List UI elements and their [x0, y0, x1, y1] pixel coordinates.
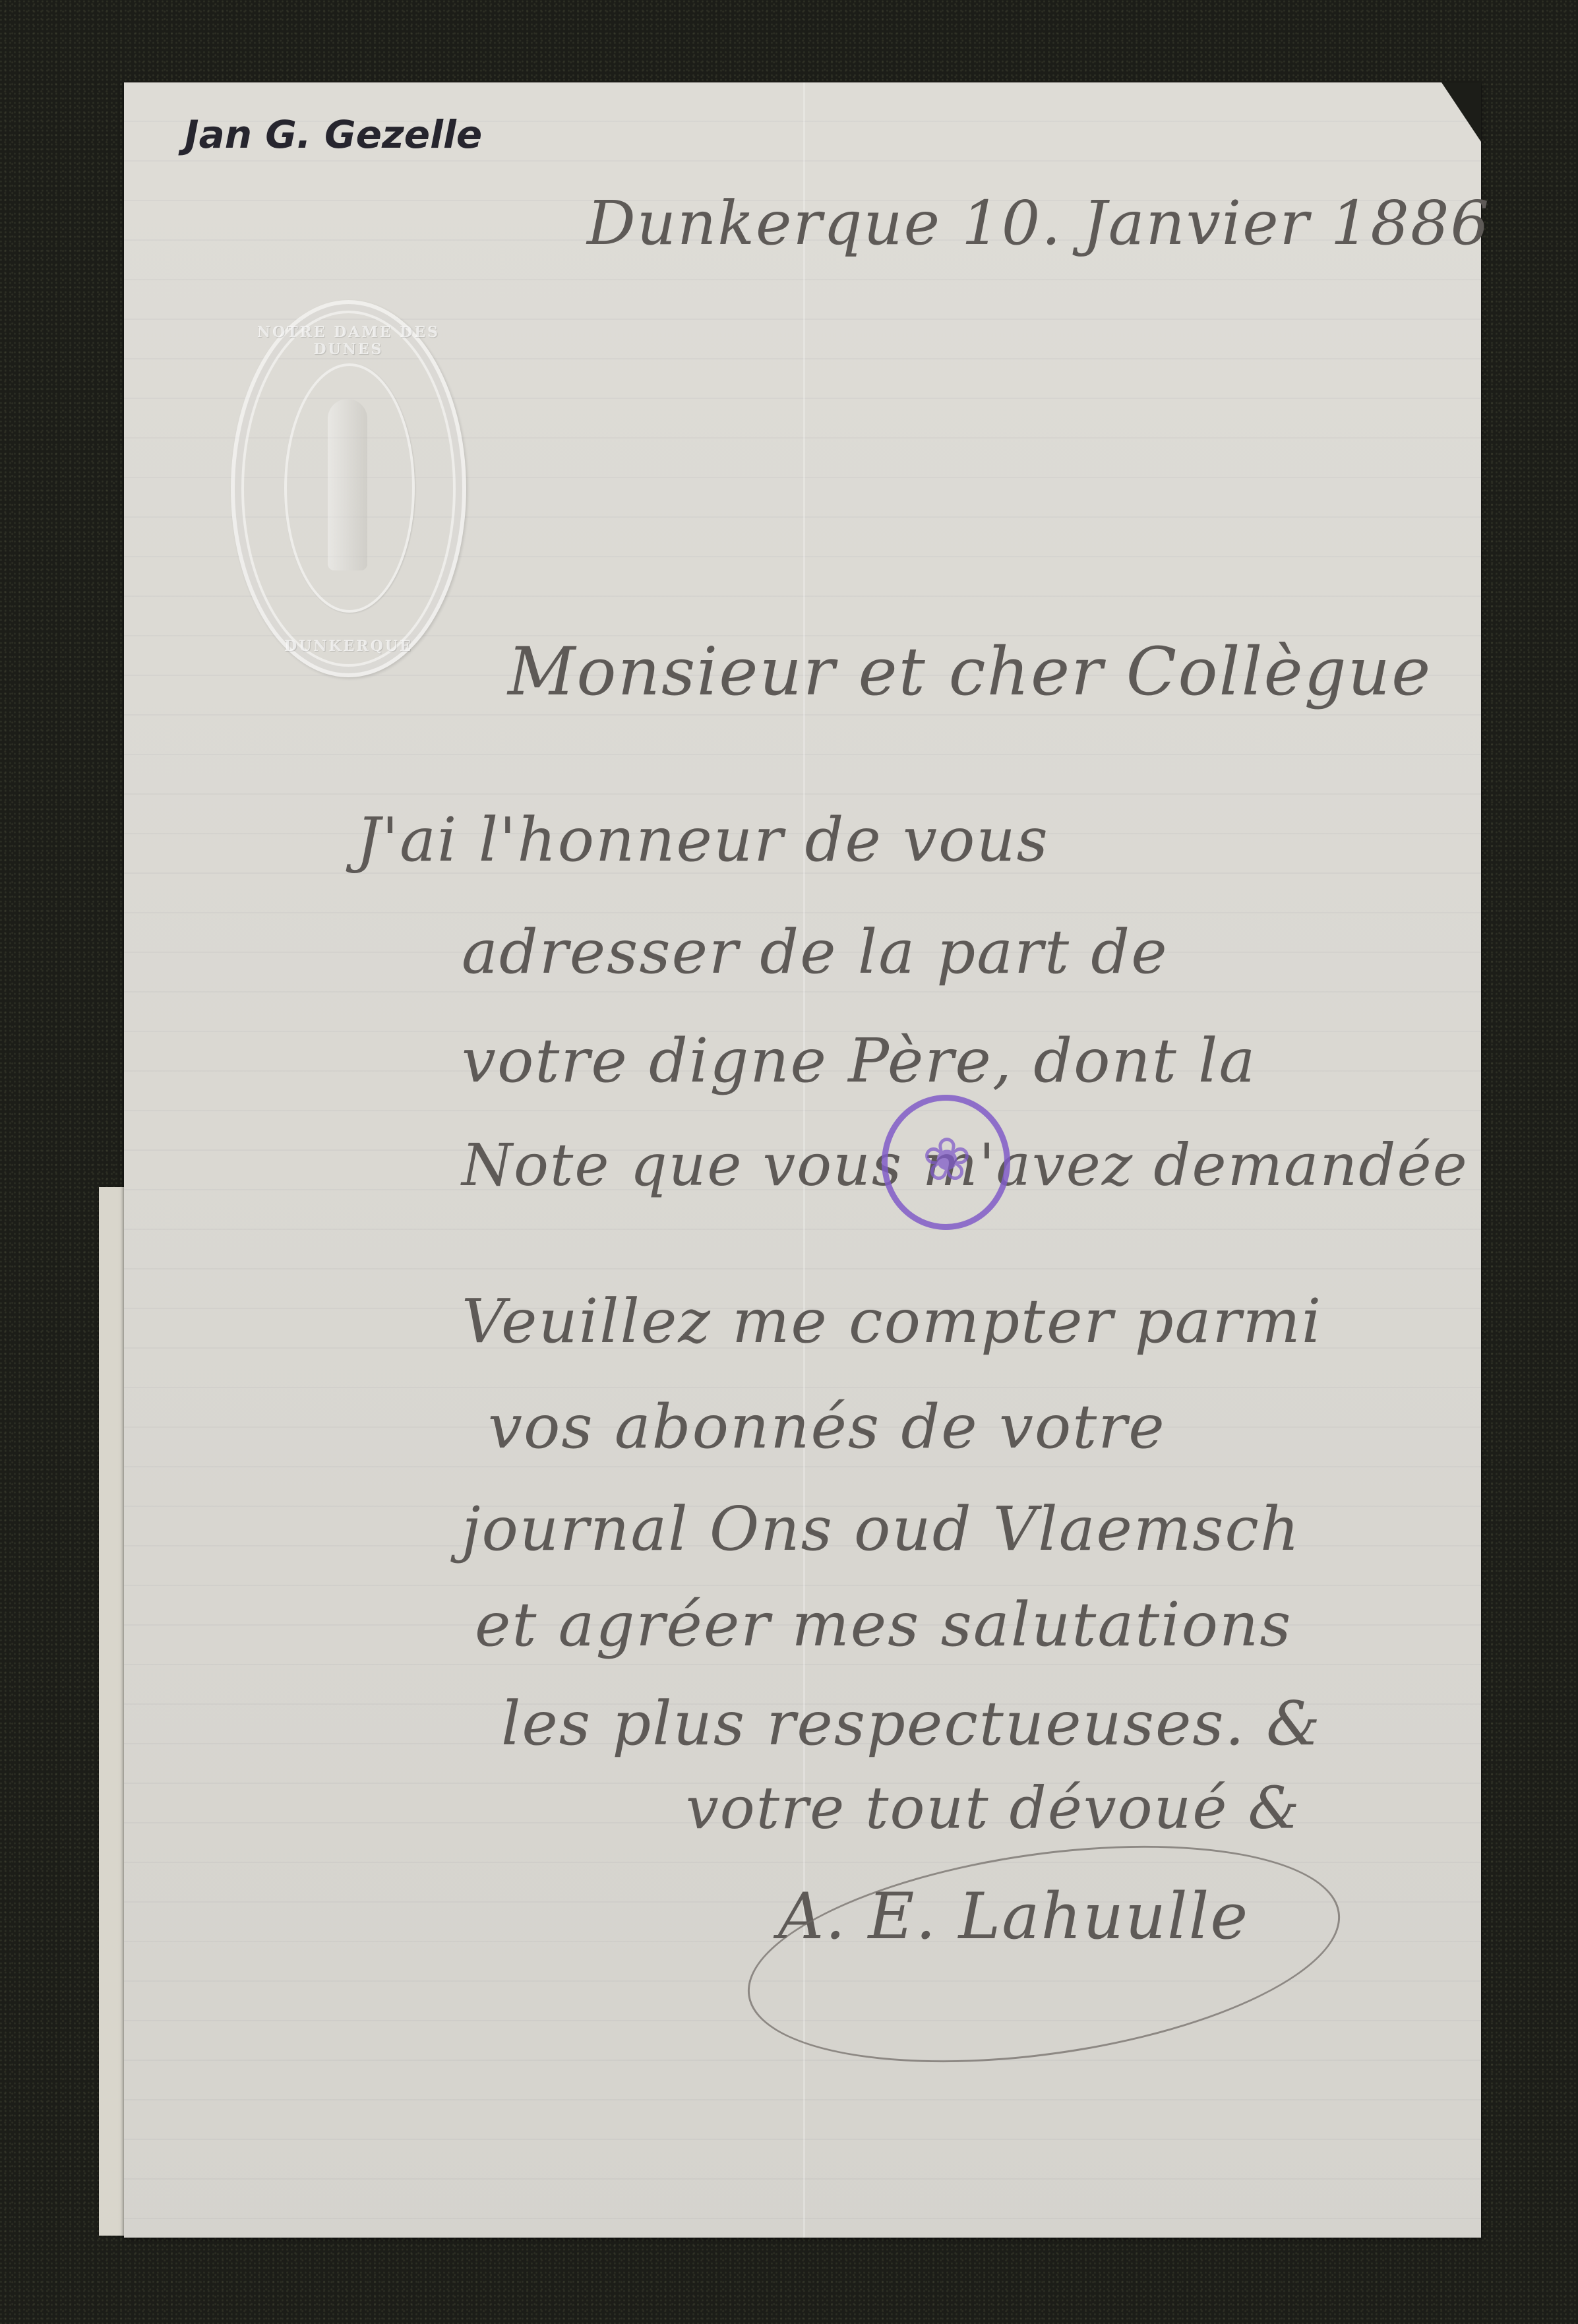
purple-library-stamp: ❀: [882, 1095, 1010, 1230]
body-line-8: et agréer mes salutations: [475, 1589, 1292, 1660]
place-date: Dunkerque 10. Janvier 1886: [587, 188, 1490, 259]
body-line-5: Veuillez me compter parmi: [462, 1286, 1322, 1357]
seal-inner-oval: [284, 363, 415, 613]
salutation: Monsieur et cher Collègue: [508, 633, 1432, 710]
body-line-7: journal Ons oud Vlaemsch: [462, 1494, 1300, 1564]
seal-top-text: NOTRE DAME DES DUNES: [235, 324, 462, 358]
stamp-emblem-icon: ❀: [907, 1120, 986, 1200]
seal-bottom-text: DUNKERQUE: [235, 638, 462, 655]
body-line-1: J'ai l'honneur de vous: [356, 805, 1049, 875]
embossed-seal: NOTRE DAME DES DUNES DUNKERQUE: [231, 300, 466, 677]
closing: votre tout dévoué &: [686, 1774, 1301, 1842]
madonna-figure-icon: [328, 399, 367, 570]
body-line-3: votre digne Père, dont la: [462, 1025, 1256, 1096]
folded-corner: [1441, 82, 1481, 142]
body-line-2: adresser de la part de: [462, 917, 1168, 987]
body-line-9: les plus respectueuses. &: [501, 1688, 1321, 1759]
archive-annotation: Jan G. Gezelle: [185, 112, 482, 157]
body-line-6: vos abonnés de votre: [488, 1391, 1166, 1462]
